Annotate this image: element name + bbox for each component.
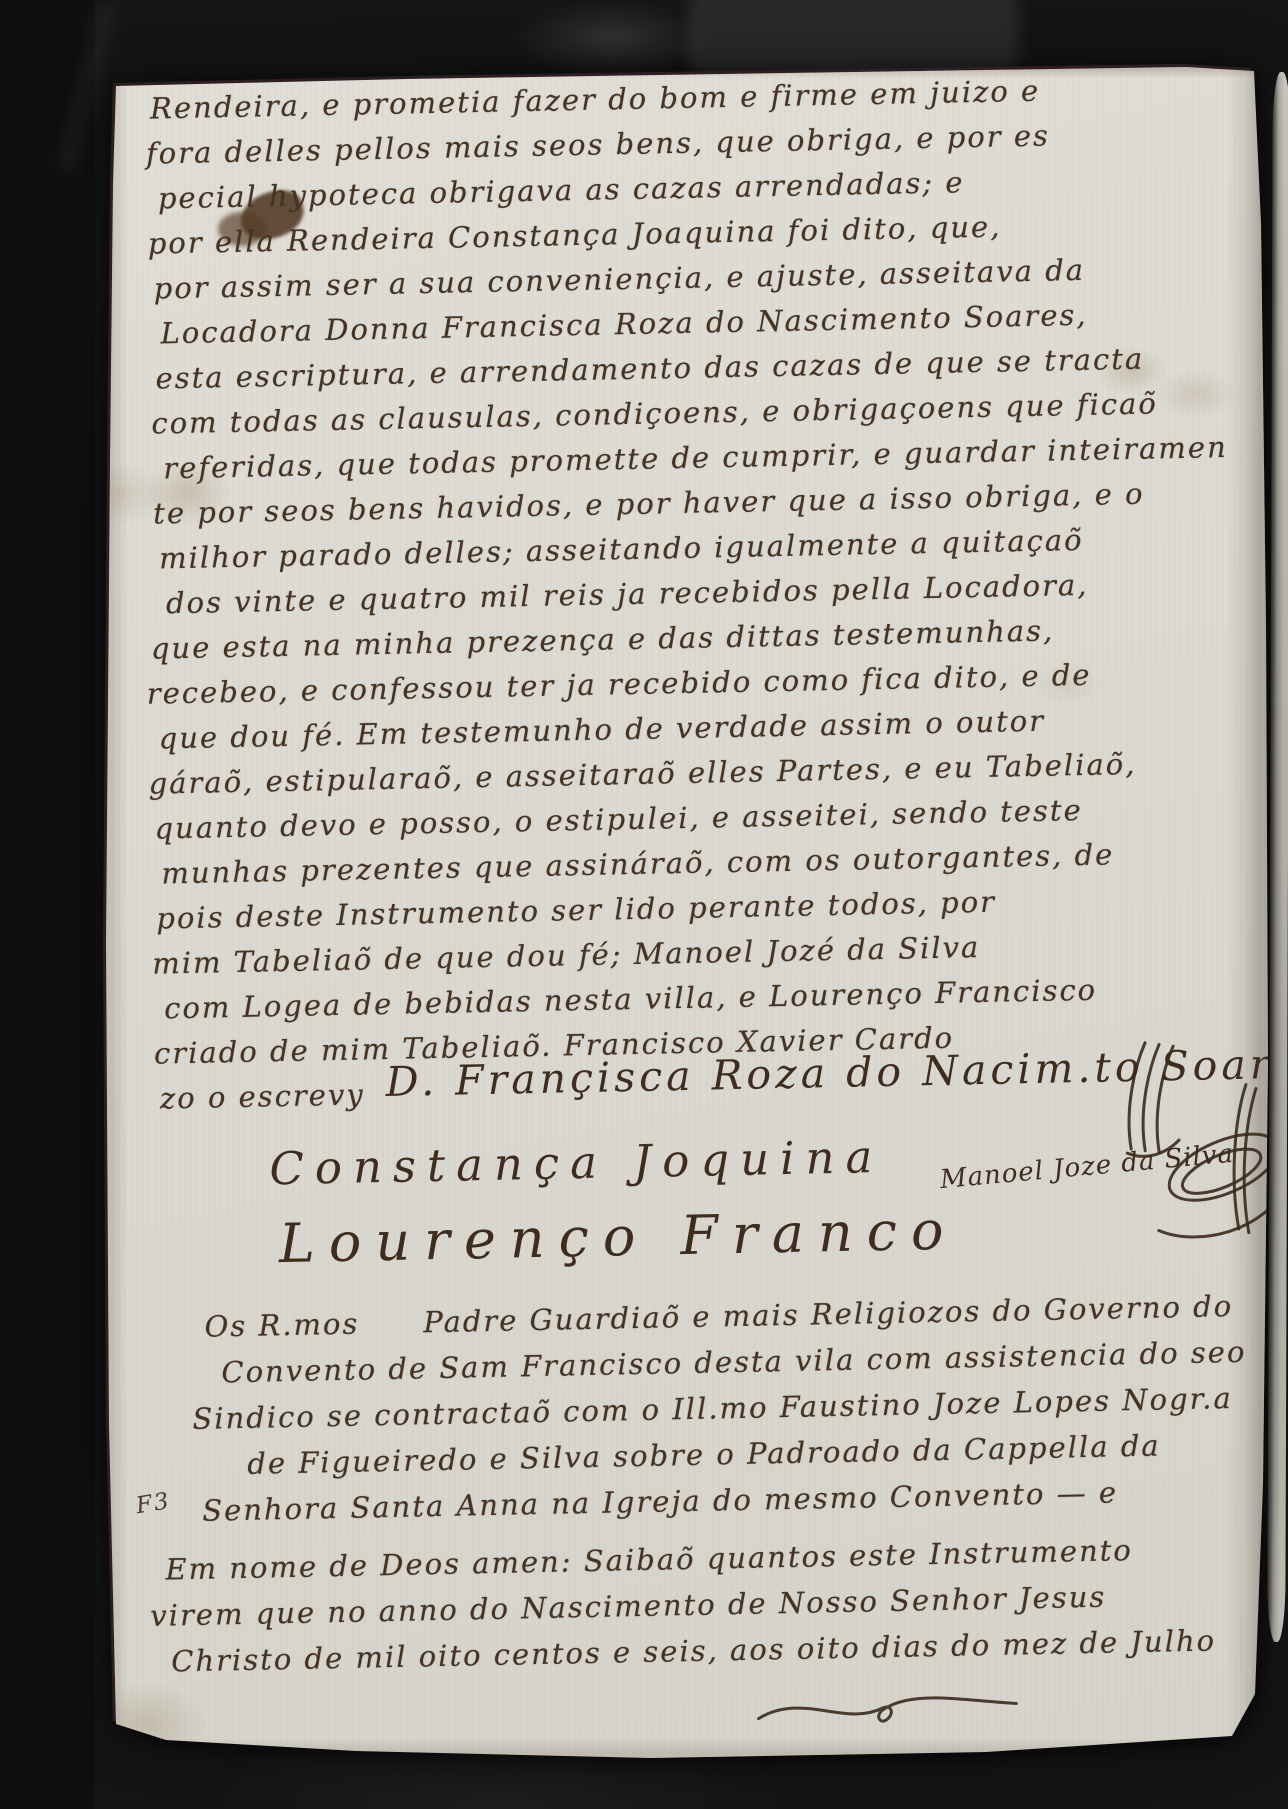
- closing-flourish-icon: [752, 1683, 1023, 1740]
- handwriting-layer: Rendeira, e prometia fazer do bom e firm…: [105, 42, 1288, 1759]
- photograph-backdrop: Rendeira, e prometia fazer do bom e firm…: [0, 0, 1288, 1809]
- folio-annotation: F3: [134, 1488, 172, 1519]
- rubric-flourish-icon: [1150, 1078, 1288, 1251]
- manuscript-text-block: Rendeira, e prometia fazer do bom e firm…: [150, 65, 1263, 1122]
- signature-constanca: Constança Joquina: [269, 1130, 884, 1195]
- paper-shadow-wrap: Rendeira, e prometia fazer do bom e firm…: [0, 0, 1288, 1809]
- entry-text-block: Convento de Sam Francisco desta vila com…: [205, 1328, 1288, 1684]
- manuscript-page: Rendeira, e prometia fazer do bom e firm…: [106, 64, 1268, 1758]
- entry-opening: Os R.mos: [204, 1307, 359, 1344]
- second-entry-block: Os R.mosPadre Guardiaõ e mais Religiozos…: [204, 1282, 1288, 1684]
- signature-lourenco: Lourenço Franco: [278, 1199, 958, 1276]
